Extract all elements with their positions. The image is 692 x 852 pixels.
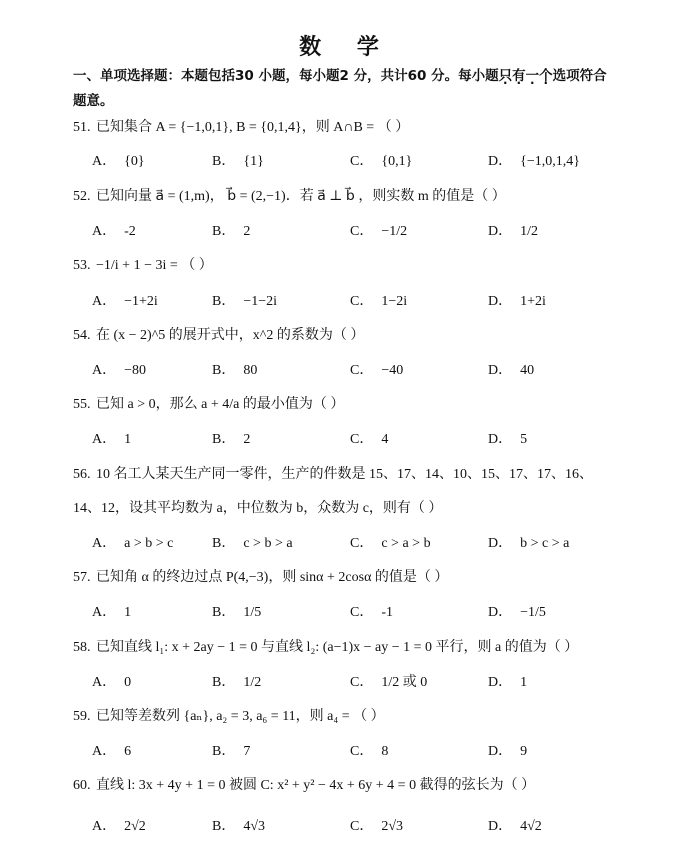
emph-char: 只 bbox=[499, 68, 513, 84]
option-label: B． bbox=[212, 819, 235, 834]
question-stem: 59. 已知等差数列 {aₙ}, a₂ = 3, a₆ = 11，则 a₄ = … bbox=[73, 705, 385, 725]
option-text: {−1,0,1,4} bbox=[520, 154, 580, 169]
option-label: B． bbox=[212, 154, 235, 169]
option-text: -2 bbox=[124, 224, 136, 239]
option-label: B． bbox=[212, 363, 235, 378]
option-text: 0 bbox=[124, 675, 131, 690]
question-text: 已知 a > 0，那么 a + 4/a 的最小值为（ ） bbox=[93, 397, 345, 412]
option-b[interactable]: B．{1} bbox=[212, 150, 264, 170]
option-label: C． bbox=[350, 432, 373, 447]
option-text: −40 bbox=[381, 363, 403, 378]
emph-char: 一 bbox=[526, 68, 540, 84]
question-number: 58. bbox=[73, 640, 91, 655]
option-text: {1} bbox=[243, 154, 263, 169]
question-stem: 53. −1/i + 1 − 3i = （ ） bbox=[73, 254, 213, 274]
section-line2: 题意。 bbox=[73, 93, 114, 109]
option-d[interactable]: D．{−1,0,1,4} bbox=[488, 150, 580, 170]
option-text: 1 bbox=[124, 432, 131, 447]
option-text: 6 bbox=[124, 744, 131, 759]
question-text: 已知等差数列 {aₙ}, a₂ = 3, a₆ = 11，则 a₄ = （ ） bbox=[93, 709, 385, 724]
option-label: A． bbox=[92, 224, 116, 239]
option-label: A． bbox=[92, 675, 116, 690]
option-c[interactable]: C．2√3 bbox=[350, 815, 403, 835]
question-number: 60. bbox=[73, 778, 91, 793]
question-text: 10 名工人某天生产同一零件，生产的件数是 15、17、14、10、15、17、… bbox=[93, 467, 594, 482]
option-text: −80 bbox=[124, 363, 146, 378]
option-text: a > b > c bbox=[124, 536, 173, 551]
question-text-continued: 14、12，设其平均数为 a，中位数为 b，众数为 c，则有（ ） bbox=[73, 497, 442, 517]
option-c[interactable]: C．8 bbox=[350, 740, 388, 760]
option-label: C． bbox=[350, 819, 373, 834]
option-b[interactable]: B．−1−2i bbox=[212, 290, 277, 310]
option-b[interactable]: B．7 bbox=[212, 740, 250, 760]
option-text: 7 bbox=[243, 744, 250, 759]
option-text: 2√2 bbox=[124, 819, 146, 834]
option-b[interactable]: B．c > b > a bbox=[212, 532, 293, 552]
option-label: B． bbox=[212, 224, 235, 239]
option-text: 1+2i bbox=[520, 294, 546, 309]
option-a[interactable]: A．0 bbox=[92, 671, 131, 691]
option-label: A． bbox=[92, 154, 116, 169]
option-d[interactable]: D．9 bbox=[488, 740, 527, 760]
option-d[interactable]: D．4√2 bbox=[488, 815, 542, 835]
option-text: {0,1} bbox=[381, 154, 412, 169]
option-c[interactable]: C．{0,1} bbox=[350, 150, 412, 170]
question-stem: 60. 直线 l: 3x + 4y + 1 = 0 被圆 C: x² + y² … bbox=[73, 774, 535, 794]
option-label: D． bbox=[488, 819, 512, 834]
option-d[interactable]: D．1+2i bbox=[488, 290, 546, 310]
option-text: −1+2i bbox=[124, 294, 158, 309]
option-label: D． bbox=[488, 536, 512, 551]
option-a[interactable]: A．1 bbox=[92, 428, 131, 448]
question-number: 56. bbox=[73, 467, 91, 482]
option-label: A． bbox=[92, 536, 116, 551]
section-text: 一、单项选择题：本题包括30 小题，每小题2 分，共计60 分。每小题 bbox=[73, 68, 499, 84]
option-label: A． bbox=[92, 432, 116, 447]
option-c[interactable]: C．1/2 或 0 bbox=[350, 671, 427, 691]
question-number: 53. bbox=[73, 258, 91, 273]
question-number: 54. bbox=[73, 328, 91, 343]
option-a[interactable]: A．a > b > c bbox=[92, 532, 173, 552]
option-c[interactable]: C．-1 bbox=[350, 601, 393, 621]
option-text: b > c > a bbox=[520, 536, 569, 551]
option-text: −1/5 bbox=[520, 605, 546, 620]
question-number: 51. bbox=[73, 120, 91, 135]
option-c[interactable]: C．−1/2 bbox=[350, 220, 407, 240]
question-stem: 54. 在 (x − 2)^5 的展开式中，x^2 的系数为（ ） bbox=[73, 324, 364, 344]
option-label: C． bbox=[350, 744, 373, 759]
option-text: 80 bbox=[243, 363, 257, 378]
option-label: D． bbox=[488, 154, 512, 169]
option-d[interactable]: D．−1/5 bbox=[488, 601, 546, 621]
page-title: 数 学 bbox=[0, 30, 692, 61]
question-number: 52. bbox=[73, 189, 91, 204]
option-label: D． bbox=[488, 605, 512, 620]
option-b[interactable]: B．1/5 bbox=[212, 601, 261, 621]
option-d[interactable]: D．1/2 bbox=[488, 220, 538, 240]
option-c[interactable]: C．1−2i bbox=[350, 290, 407, 310]
question-text: 已知直线 l₁: x + 2ay − 1 = 0 与直线 l₂: (a−1)x … bbox=[93, 640, 579, 655]
option-text: −1−2i bbox=[243, 294, 277, 309]
option-text: 4√2 bbox=[520, 819, 542, 834]
option-a[interactable]: A．−80 bbox=[92, 359, 146, 379]
option-b[interactable]: B．80 bbox=[212, 359, 257, 379]
option-b[interactable]: B．2 bbox=[212, 220, 250, 240]
question-stem: 51. 已知集合 A = {−1,0,1}, B = {0,1,4}，则 A∩B… bbox=[73, 116, 409, 136]
emph-char: 个 bbox=[539, 68, 553, 84]
option-label: A． bbox=[92, 605, 116, 620]
option-label: C． bbox=[350, 154, 373, 169]
option-c[interactable]: C．4 bbox=[350, 428, 388, 448]
question-text: 直线 l: 3x + 4y + 1 = 0 被圆 C: x² + y² − 4x… bbox=[93, 778, 536, 793]
question-stem: 55. 已知 a > 0，那么 a + 4/a 的最小值为（ ） bbox=[73, 393, 344, 413]
option-text: 1 bbox=[124, 605, 131, 620]
option-c[interactable]: C．c > a > b bbox=[350, 532, 431, 552]
option-text: 8 bbox=[381, 744, 388, 759]
option-text: c > a > b bbox=[381, 536, 430, 551]
option-label: B． bbox=[212, 432, 235, 447]
option-a[interactable]: A．2√2 bbox=[92, 815, 146, 835]
question-stem: 57. 已知角 α 的终边过点 P(4,−3)，则 sinα + 2cosα 的… bbox=[73, 566, 448, 586]
option-b[interactable]: B．1/2 bbox=[212, 671, 261, 691]
option-label: A． bbox=[92, 819, 116, 834]
option-label: C． bbox=[350, 605, 373, 620]
option-label: A． bbox=[92, 744, 116, 759]
question-text: 已知角 α 的终边过点 P(4,−3)，则 sinα + 2cosα 的值是（ … bbox=[93, 570, 449, 585]
option-text: 1/2 bbox=[520, 224, 538, 239]
option-text: 2√3 bbox=[381, 819, 403, 834]
section-tail: 选项符合 bbox=[553, 68, 607, 84]
option-text: 1/5 bbox=[243, 605, 261, 620]
emph-char: 有 bbox=[512, 68, 526, 84]
section-instructions: 一、单项选择题：本题包括30 小题，每小题2 分，共计60 分。每小题只有一个选… bbox=[73, 64, 633, 114]
option-label: D． bbox=[488, 432, 512, 447]
option-d[interactable]: D．40 bbox=[488, 359, 534, 379]
option-d[interactable]: D．1 bbox=[488, 671, 527, 691]
question-text: 已知集合 A = {−1,0,1}, B = {0,1,4}，则 A∩B = （… bbox=[93, 120, 410, 135]
option-text: 1 bbox=[520, 675, 527, 690]
option-a[interactable]: A．−1+2i bbox=[92, 290, 158, 310]
option-b[interactable]: B．4√3 bbox=[212, 815, 265, 835]
option-a[interactable]: A．-2 bbox=[92, 220, 136, 240]
option-label: C． bbox=[350, 536, 373, 551]
option-d[interactable]: D．b > c > a bbox=[488, 532, 569, 552]
option-label: D． bbox=[488, 224, 512, 239]
option-text: 2 bbox=[243, 224, 250, 239]
option-text: 40 bbox=[520, 363, 534, 378]
option-a[interactable]: A．{0} bbox=[92, 150, 145, 170]
option-label: D． bbox=[488, 294, 512, 309]
option-label: B． bbox=[212, 744, 235, 759]
option-text: 5 bbox=[520, 432, 527, 447]
option-label: A． bbox=[92, 294, 116, 309]
option-b[interactable]: B．2 bbox=[212, 428, 250, 448]
option-label: C． bbox=[350, 675, 373, 690]
option-label: B． bbox=[212, 675, 235, 690]
option-text: 4 bbox=[381, 432, 388, 447]
question-number: 57. bbox=[73, 570, 91, 585]
option-text: 1/2 或 0 bbox=[381, 675, 427, 690]
option-text: c > b > a bbox=[243, 536, 292, 551]
option-label: C． bbox=[350, 224, 373, 239]
question-stem: 52. 已知向量 a⃗ = (1,m)， b⃗ = (2,−1)．若 a⃗ ⊥ … bbox=[73, 185, 506, 205]
option-label: B． bbox=[212, 605, 235, 620]
option-text: {0} bbox=[124, 154, 144, 169]
option-text: 2 bbox=[243, 432, 250, 447]
option-a[interactable]: A．1 bbox=[92, 601, 131, 621]
option-d[interactable]: D．5 bbox=[488, 428, 527, 448]
option-text: 9 bbox=[520, 744, 527, 759]
option-label: B． bbox=[212, 536, 235, 551]
question-number: 55. bbox=[73, 397, 91, 412]
option-text: 1−2i bbox=[381, 294, 407, 309]
question-text: −1/i + 1 − 3i = （ ） bbox=[93, 258, 213, 273]
option-label: D． bbox=[488, 744, 512, 759]
option-text: 4√3 bbox=[243, 819, 265, 834]
option-text: 1/2 bbox=[243, 675, 261, 690]
option-text: -1 bbox=[381, 605, 393, 620]
question-stem: 58. 已知直线 l₁: x + 2ay − 1 = 0 与直线 l₂: (a−… bbox=[73, 636, 578, 656]
option-a[interactable]: A．6 bbox=[92, 740, 131, 760]
question-text: 在 (x − 2)^5 的展开式中，x^2 的系数为（ ） bbox=[93, 328, 365, 343]
option-label: A． bbox=[92, 363, 116, 378]
option-label: D． bbox=[488, 675, 512, 690]
option-label: C． bbox=[350, 363, 373, 378]
option-label: C． bbox=[350, 294, 373, 309]
option-c[interactable]: C．−40 bbox=[350, 359, 403, 379]
question-number: 59. bbox=[73, 709, 91, 724]
option-label: D． bbox=[488, 363, 512, 378]
option-label: B． bbox=[212, 294, 235, 309]
question-text: 已知向量 a⃗ = (1,m)， b⃗ = (2,−1)．若 a⃗ ⊥ b⃗ ，… bbox=[93, 189, 506, 204]
question-stem: 56. 10 名工人某天生产同一零件，生产的件数是 15、17、14、10、15… bbox=[73, 463, 593, 483]
option-text: −1/2 bbox=[381, 224, 407, 239]
